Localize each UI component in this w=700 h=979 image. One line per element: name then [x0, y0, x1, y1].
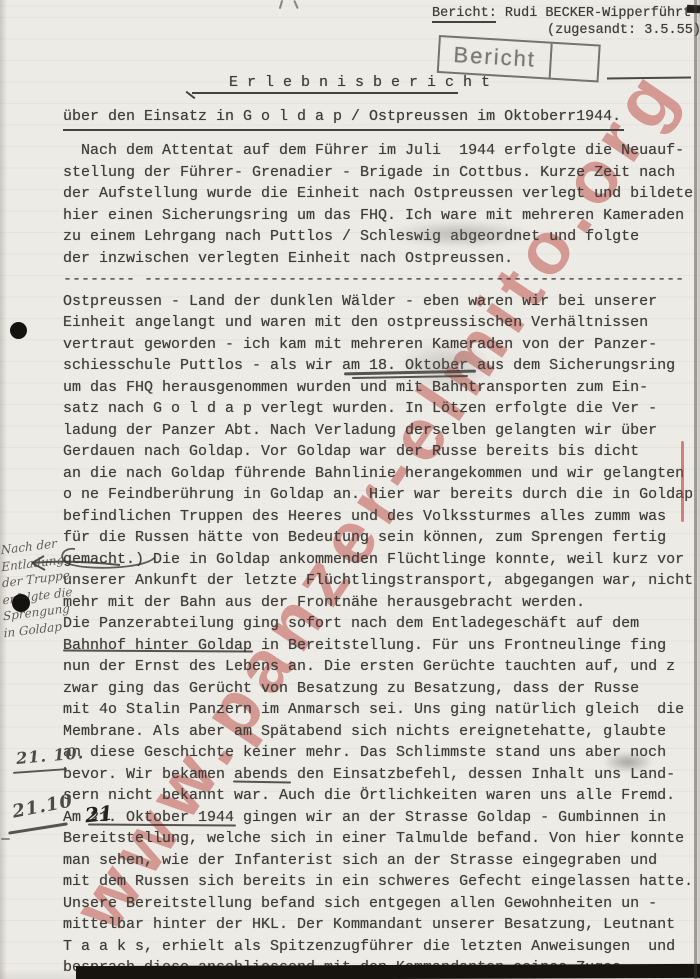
- pencil-tick-top-2: [293, 0, 298, 9]
- typed-line: Membrane. Als aber am Spätabend sich nic…: [63, 721, 693, 743]
- scanned-document-page: www.panzer-elmito.org Bericht: Rudi BECK…: [0, 0, 700, 979]
- margin-note-handwritten: Nach derEntladungder Truppeerfolgte dieS…: [1, 534, 74, 642]
- typed-line: hier einen Sicherungsring um das FHQ. Ic…: [63, 205, 693, 227]
- handwritten-overwrite-21: 21: [84, 801, 114, 828]
- typed-line: der inzwischen verlegten Einheit nach Os…: [63, 248, 693, 270]
- typed-line: mit 4o Stalin Panzern im Anmarsch sei. U…: [63, 699, 693, 721]
- stamp-main-cell: Bericht: [439, 37, 551, 77]
- typed-line: Einheit angelangt und waren mit den ostp…: [63, 312, 693, 334]
- typed-line: bevor. Wir bekamen abends den Einsatzbef…: [63, 764, 693, 786]
- scan-edge-right: [694, 0, 697, 979]
- typed-line: sern nicht bekannt war. Auch die Örtlich…: [63, 785, 693, 807]
- typed-line: an die nach Goldap führende Bahnlinie he…: [63, 463, 693, 485]
- typed-line: mit dem Russen sich bereits in ein schwe…: [63, 871, 693, 893]
- typed-line: vertraut geworden - ich kam mit mehreren…: [63, 334, 693, 356]
- typed-line: Ostpreussen - Land der dunklen Wälder - …: [63, 291, 693, 313]
- typed-line: Nach dem Attentat auf dem Führer im Juli…: [63, 140, 693, 162]
- typed-line: T a a k s, erhielt als Spitzenzugführer …: [63, 936, 693, 958]
- typed-line: Unsere Bereitstellung befand sich entgeg…: [63, 893, 693, 915]
- typed-line: Die Panzerabteilung ging sofort nach dem…: [63, 613, 693, 635]
- typed-line: man sehen, wie der Infanterist sich an d…: [63, 850, 693, 872]
- subtitle-underline: [63, 129, 624, 131]
- typed-line: befindlichen Truppen des Heeres und des …: [63, 506, 693, 528]
- red-margin-line: [681, 441, 684, 522]
- pencil-tick-top-1: [279, 0, 283, 9]
- typed-line: der Aufstellung wurde die Einheit nach O…: [63, 183, 693, 205]
- typed-line: um das FHQ herausgenommen wurden und mit…: [63, 377, 693, 399]
- stamp-label: Bericht: [453, 42, 537, 73]
- report-author-line: Bericht: Rudi BECKER-Wipperführt: [432, 6, 691, 21]
- pencil-tick-left: [1, 838, 10, 840]
- typed-line: -------- -------------------------------…: [63, 269, 693, 291]
- typed-line: Bahnhof hinter Goldap in Bereitstellung.…: [63, 635, 693, 657]
- typed-line: nun der Ernst des Lebens an. Die ersten …: [63, 656, 693, 678]
- typed-line: Bereitstellung, welche sich in einer Tal…: [63, 828, 693, 850]
- typed-line: satz nach G o l d a p verlegt wurden. In…: [63, 398, 693, 420]
- scan-artifact-bottom-bar: [76, 964, 700, 979]
- typed-line: mehr mit der Bahn aus der Frontnähe hera…: [63, 592, 693, 614]
- margin-date-2-underline: [8, 822, 68, 834]
- typed-line: Gerdauen nach Goldap. Vor Goldap war der…: [63, 441, 693, 463]
- header-underline: [432, 21, 496, 23]
- hole-punch-bottom: [12, 594, 30, 612]
- hole-punch-top: [10, 322, 27, 339]
- title-underline: [192, 92, 458, 94]
- typed-line: zu einem Lehrgang nach Puttlos / Schlesw…: [63, 226, 693, 248]
- report-date-line: (zugesandt: 3.5.55): [547, 23, 700, 38]
- typed-line: ladung der Panzer Abt. Nach Verladung de…: [63, 420, 693, 442]
- typed-line: stellung der Führer- Grenadier - Brigade…: [63, 162, 693, 184]
- typed-line: unserer Ankunft der letzte Flüchtlingstr…: [63, 570, 693, 592]
- typed-line: mittelbar hinter der HKL. Der Kommandant…: [63, 914, 693, 936]
- margin-date-1-underline: [13, 768, 67, 774]
- page-title: E r l e b n i s b e r i c h t: [229, 74, 490, 91]
- stray-pen-line: [607, 77, 691, 80]
- subtitle: über den Einsatz in G o l d a p / Ostpre…: [63, 108, 621, 125]
- typed-line: o ne Feindberührung in Goldap an. Hier w…: [63, 484, 693, 506]
- stamp-empty-cell: [549, 44, 599, 81]
- typed-line: zwar ging das Gerücht von Besatzung zu B…: [63, 678, 693, 700]
- typed-line: an diese Geschichte keiner mehr. Das Sch…: [63, 742, 693, 764]
